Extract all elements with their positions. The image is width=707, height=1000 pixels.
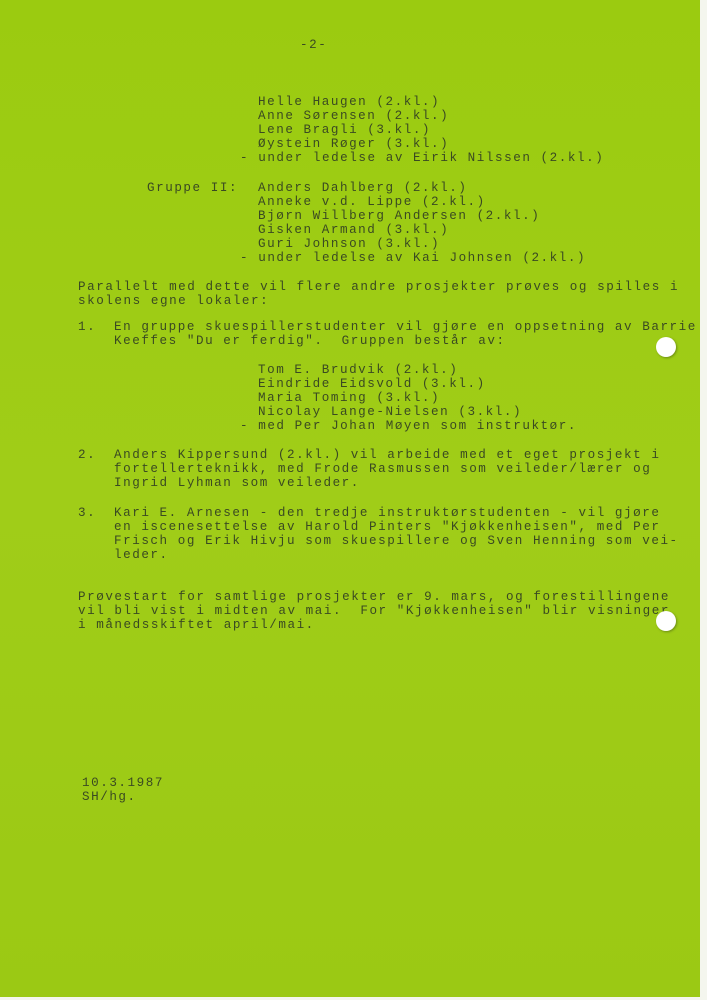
item-number: 1. <box>78 320 96 334</box>
group1-member: Øystein Røger (3.kl.) <box>258 137 449 151</box>
punch-hole <box>656 611 676 631</box>
item1-member: Tom E. Brudvik (2.kl.) <box>258 363 458 377</box>
item-text: En gruppe skuespillerstudenter vil gjøre… <box>114 320 697 334</box>
item-text: fortellerteknikk, med Frode Rasmussen so… <box>114 462 651 476</box>
closing-line: i månedsskiftet april/mai. <box>78 618 315 632</box>
group2-member: Anders Dahlberg (2.kl.) <box>258 181 467 195</box>
intro-line: skolens egne lokaler: <box>78 294 269 308</box>
item-number: 3. <box>78 506 96 520</box>
group2-member: Bjørn Willberg Andersen (2.kl.) <box>258 209 540 223</box>
document-page: -2- Helle Haugen (2.kl.) Anne Sørensen (… <box>0 0 700 997</box>
item-text: leder. <box>114 548 169 562</box>
group1-member: Anne Sørensen (2.kl.) <box>258 109 449 123</box>
item-text: Ingrid Lyhman som veileder. <box>114 476 360 490</box>
closing-line: Prøvestart for samtlige prosjekter er 9.… <box>78 590 670 604</box>
intro-line: Parallelt med dette vil flere andre pros… <box>78 280 679 294</box>
group1-member: Lene Bragli (3.kl.) <box>258 123 431 137</box>
punch-hole <box>656 337 676 357</box>
item-text: en iscenesettelse av Harold Pinters "Kjø… <box>114 520 660 534</box>
page-edge-right <box>700 0 707 1000</box>
group1-leader: - under ledelse av Eirik Nilssen (2.kl.) <box>240 151 604 165</box>
group2-member: Gisken Armand (3.kl.) <box>258 223 449 237</box>
item1-member: Eindride Eidsvold (3.kl.) <box>258 377 486 391</box>
group1-member: Helle Haugen (2.kl.) <box>258 95 440 109</box>
item-text: Keeffes "Du er ferdig". Gruppen består a… <box>114 334 506 348</box>
page-number: -2- <box>300 38 327 52</box>
closing-line: vil bli vist i midten av mai. For "Kjøkk… <box>78 604 670 618</box>
group2-label: Gruppe II: <box>147 181 238 195</box>
item-text: Anders Kippersund (2.kl.) vil arbeide me… <box>114 448 660 462</box>
document-date: 10.3.1987 <box>82 776 164 790</box>
item-text: Frisch og Erik Hivju som skuespillere og… <box>114 534 679 548</box>
document-initials: SH/hg. <box>82 790 137 804</box>
item1-member: Nicolay Lange-Nielsen (3.kl.) <box>258 405 522 419</box>
item-text: Kari E. Arnesen - den tredje instruktørs… <box>114 506 660 520</box>
item-number: 2. <box>78 448 96 462</box>
item1-leader: - med Per Johan Møyen som instruktør. <box>240 419 577 433</box>
item1-member: Maria Toming (3.kl.) <box>258 391 440 405</box>
group2-leader: - under ledelse av Kai Johnsen (2.kl.) <box>240 251 586 265</box>
group2-member: Anneke v.d. Lippe (2.kl.) <box>258 195 486 209</box>
group2-member: Guri Johnson (3.kl.) <box>258 237 440 251</box>
